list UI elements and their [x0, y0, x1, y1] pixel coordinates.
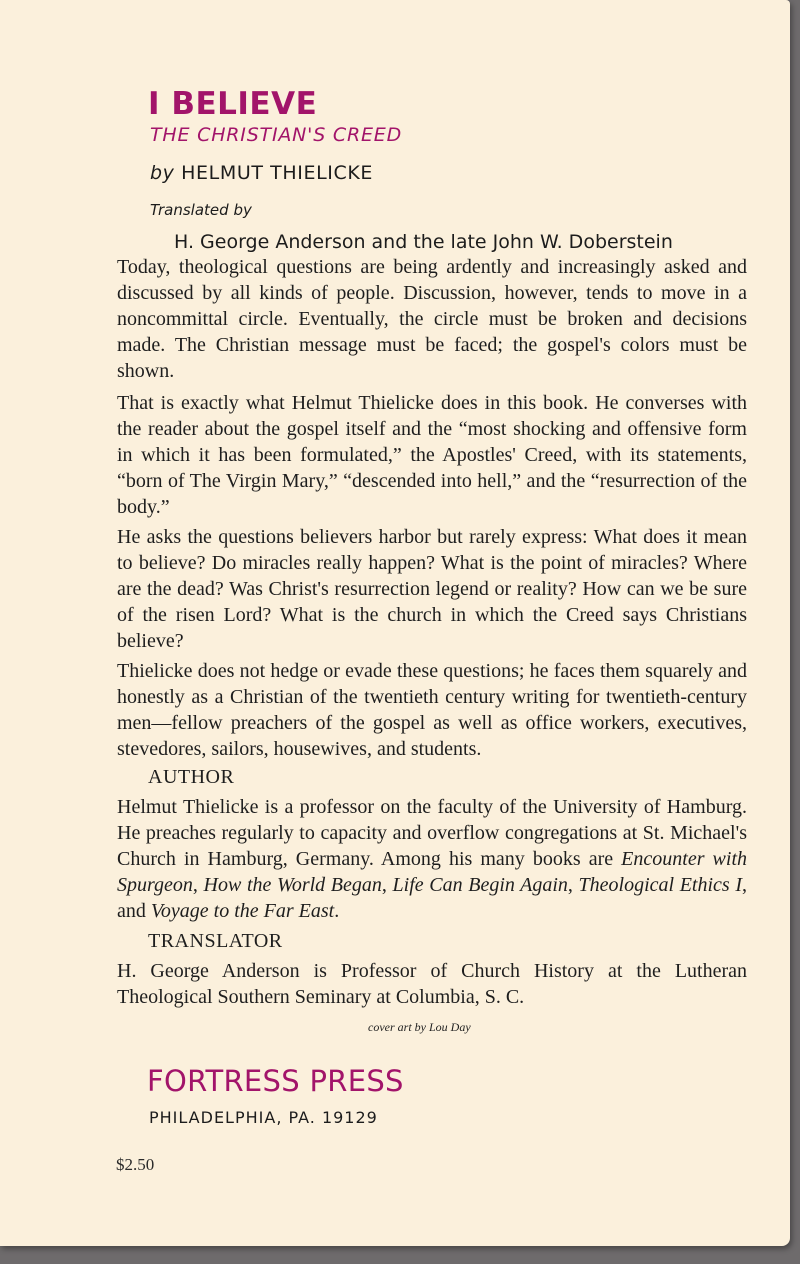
description-paragraph-1: Today, theological questions are being a…: [117, 254, 747, 384]
author-name: HELMUT THIELICKE: [181, 162, 373, 184]
translator-bio: H. George Anderson is Professor of Churc…: [117, 958, 747, 1010]
book-title-ref: Life Can Begin Again: [393, 874, 568, 896]
book-back-cover: I BELIEVE THE CHRISTIAN'S CREED by HELMU…: [0, 0, 790, 1246]
book-title: I BELIEVE: [148, 86, 317, 122]
author-bio: Helmut Thielicke is a professor on the f…: [117, 794, 747, 924]
publisher-address: PHILADELPHIA, PA. 19129: [149, 1108, 378, 1127]
separator: ,: [382, 874, 393, 896]
separator: ,: [193, 874, 204, 896]
separator: .: [334, 900, 339, 922]
publisher-name: FORTRESS PRESS: [147, 1064, 404, 1098]
description-paragraph-3: He asks the questions believers harbor b…: [117, 524, 747, 654]
by-prefix: by: [150, 162, 175, 184]
author-heading: AUTHOR: [148, 766, 234, 789]
description-paragraph-2: That is exactly what Helmut Thielicke do…: [117, 390, 747, 520]
description-paragraph-4: Thielicke does not hedge or evade these …: [117, 658, 747, 762]
price: $2.50: [116, 1155, 154, 1175]
translated-by-label: Translated by: [150, 201, 252, 219]
separator: ,: [568, 874, 579, 896]
book-title-ref: Theological Ethics I: [579, 874, 742, 896]
book-subtitle: THE CHRISTIAN'S CREED: [150, 124, 402, 146]
book-title-ref: How the World Began: [204, 874, 382, 896]
book-title-ref: Voyage to the Far East: [151, 900, 334, 922]
translators: H. George Anderson and the late John W. …: [174, 231, 673, 253]
translator-heading: TRANSLATOR: [148, 930, 283, 953]
cover-art-credit: cover art by Lou Day: [368, 1020, 471, 1035]
byline: by HELMUT THIELICKE: [150, 162, 373, 184]
